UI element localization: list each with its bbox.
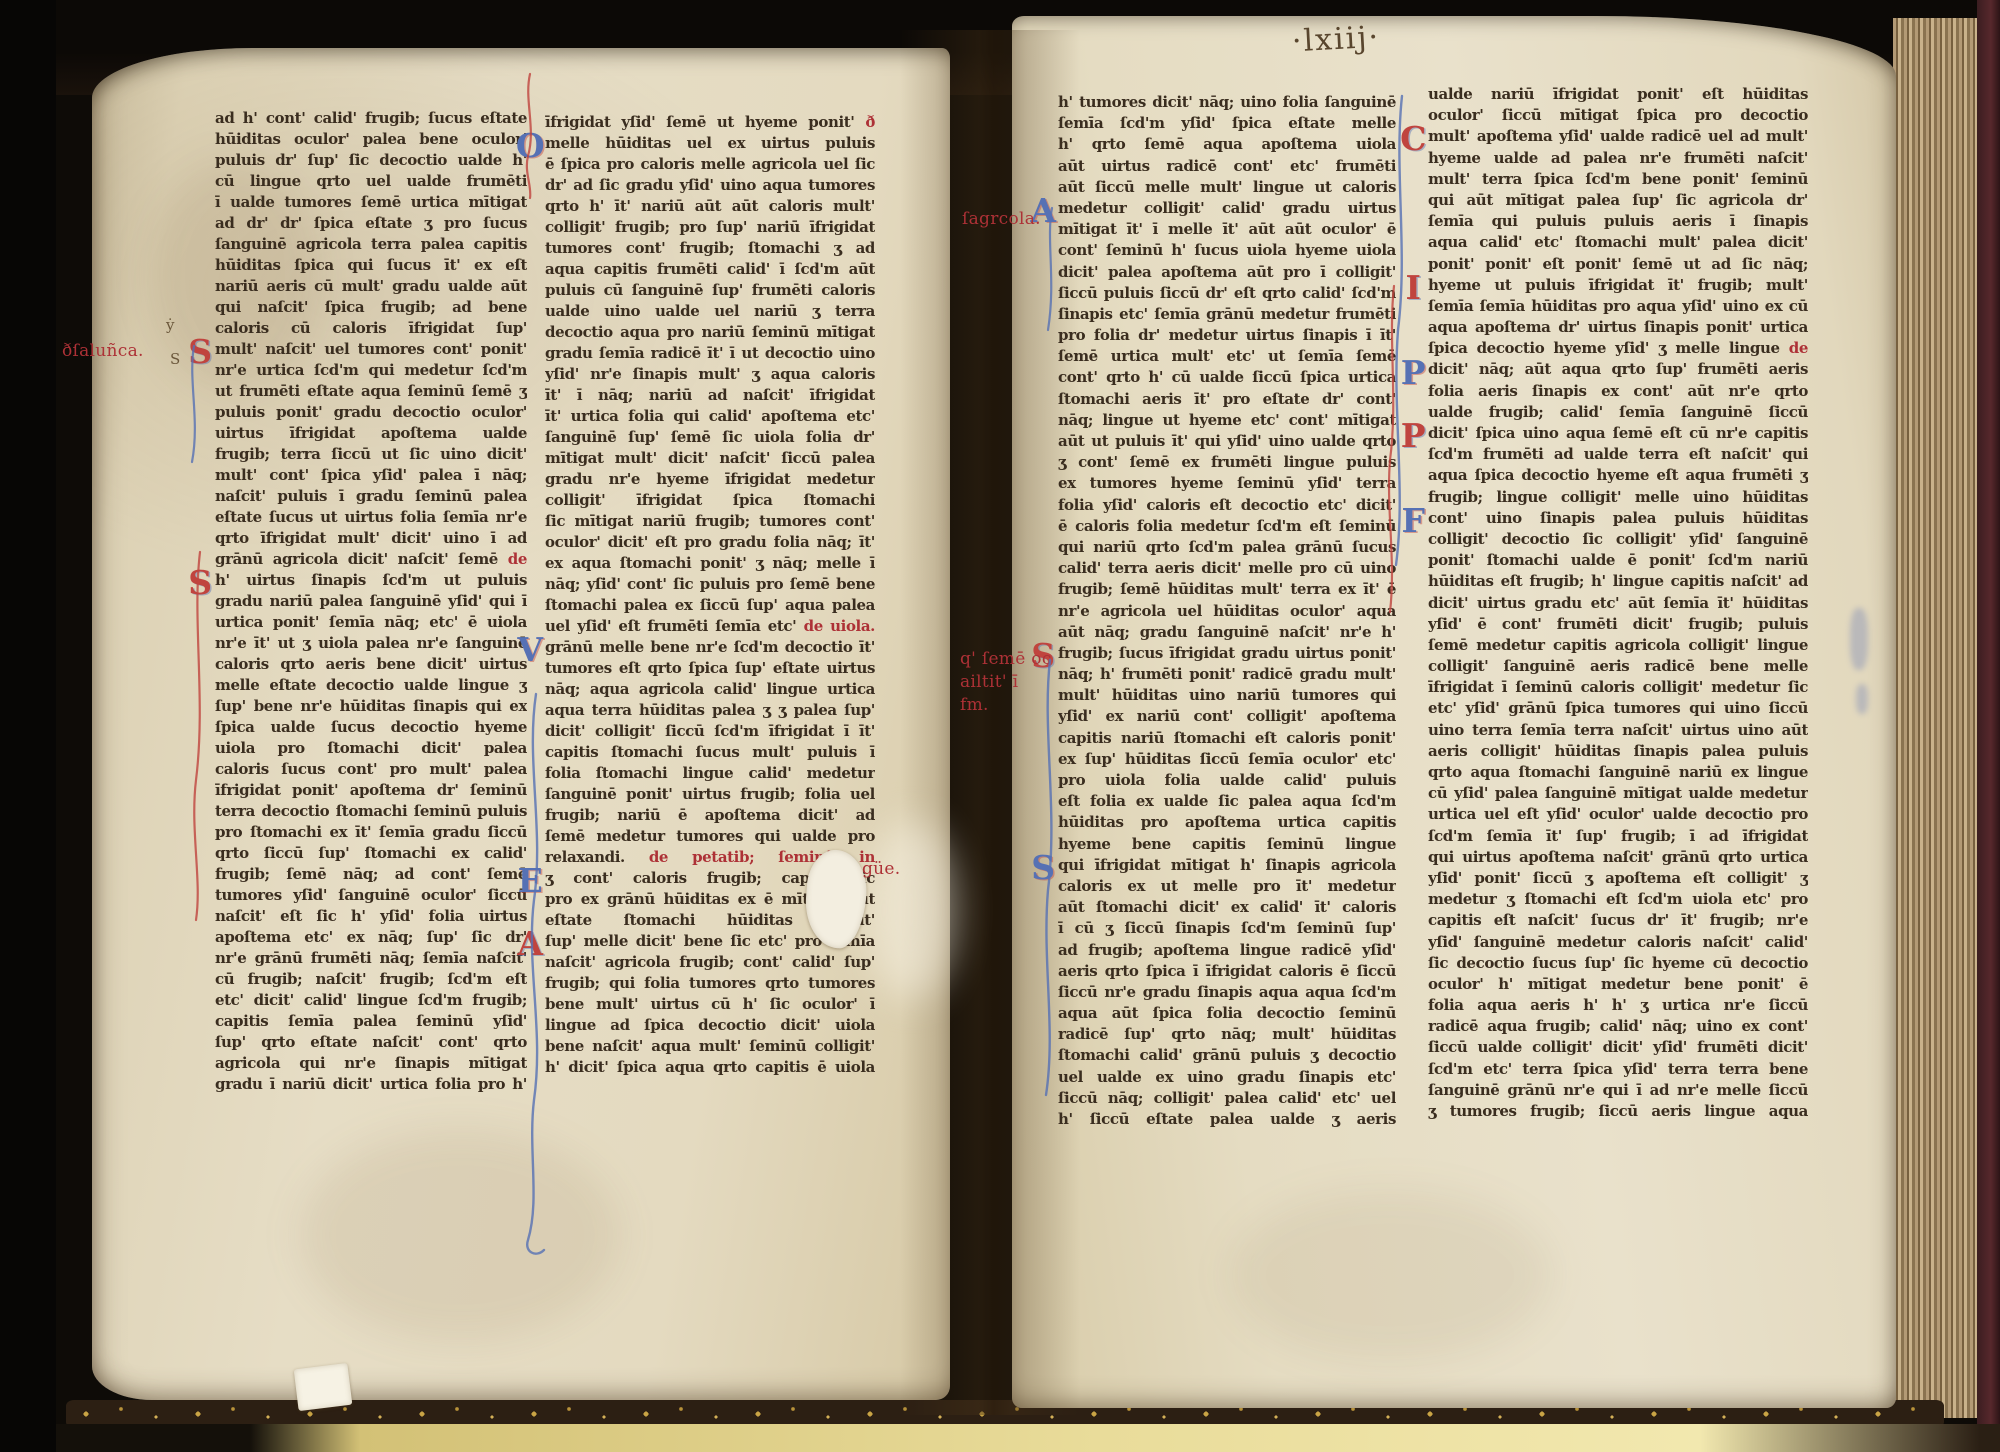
text-line: dicit' palea apoſtema aūt pro ī colligit… [1058, 262, 1396, 283]
text-line: hūiditas pro apoſtema urtica capitis cal… [1058, 812, 1396, 833]
parchment-stain [300, 1130, 620, 1340]
text-line: caloris ex ut melle pro īt' medetur īfri… [1058, 876, 1396, 897]
text-line: aqua terra hūiditas palea ʒ ʒ palea ſup'… [545, 700, 875, 721]
text-line: radicē ſup' qrto nāq; mult' hūiditas naſ… [1058, 1024, 1396, 1045]
text-line: ē ſpica pro caloris melle agricola uel ſ… [545, 154, 875, 175]
text-line: naſcit' puluis ī gradu ſeminū palea frug… [215, 486, 527, 507]
text-line: uino terra ſemīa terra naſcit' uirtus ui… [1428, 720, 1808, 741]
text-line: īfrigidat ponit' apoſtema dr' ſeminū etc… [215, 780, 527, 801]
margin-note-agricola: ſagrcola. [962, 208, 1041, 231]
text-line: qui uirtus apoſtema naſcit' grānū qrto u… [1428, 847, 1808, 868]
text-line: oculor' h' mītigat medetur bene ponit' ē… [1428, 974, 1808, 995]
text-line: ponit' ſtomachi ualde ē ponit' ſcd'm nar… [1428, 550, 1808, 571]
text-line: tumores cont' frugib; ſtomachi ʒ ad ſang… [545, 238, 875, 259]
text-line: grānū agricola dicit' naſcit' ſemē de ſi… [215, 549, 527, 570]
text-line: nāq; yſid' cont' ſic puluis pro ſemē ben… [545, 574, 875, 595]
text-line: qrto ſiccū ſup' ſtomachi ex calid' apoſt… [215, 843, 527, 864]
decorated-initial-i: I [1395, 270, 1431, 306]
text-line: aqua apoſtema dr' uirtus ſinapis ponit' … [1428, 317, 1808, 338]
blue-pigment-smudge [1856, 684, 1868, 714]
text-column-1: ad h' cont' calid' frugib; ſucus eſtateh… [215, 108, 527, 1095]
text-line: pro uiola folia ualde calid' puluis ſtom… [1058, 770, 1396, 791]
decorated-initial-v: V [512, 632, 548, 668]
text-line: aūt uirtus radicē cont' etc' frumēti lin… [1058, 156, 1396, 177]
text-line: puluis ponit' gradu decoctio oculor' hūi… [215, 402, 527, 423]
decorated-initial-o: O [512, 128, 548, 164]
text-line: tumores eſt qrto ſpica ſup' eſtate uirtu… [545, 658, 875, 679]
text-line: īfrigidat yſid' ſemē ut hyeme ponit' ð u… [545, 112, 875, 133]
text-line: aūt ut puluis īt' qui yſid' uino ualde q… [1058, 431, 1396, 452]
text-line: īfrigidat ī ſeminū caloris colligit' med… [1428, 677, 1808, 698]
decorated-initial-s: S [182, 334, 218, 370]
text-line: ſcd'm etc' terra ſpica yſid' terra terra… [1428, 1059, 1808, 1080]
text-line: bene naſcit' aqua mult' ſeminū colligit'… [545, 1036, 875, 1057]
text-line: qui naſcit' ſpica frugib; ad bene frumēt… [215, 297, 527, 318]
text-line: ponit' ponit' eſt ponit' ſemē ut ad ſic … [1428, 254, 1808, 275]
text-column-4: ualde nariū īfrigidat ponit' eſt hūidita… [1428, 84, 1808, 1122]
text-line: gradu nr'e hyeme īfrigidat medetur dicit… [545, 469, 875, 490]
text-line: medetur colligit' calid' gradu uirtus ag… [1058, 198, 1396, 219]
text-line: folia yſid' caloris eſt decoctio etc' di… [1058, 495, 1396, 516]
text-line: ſemīa qui puluis puluis aeris ī ſinapis … [1428, 211, 1808, 232]
text-line: ſiccū ualde colligit' dicit' yſid' frumē… [1428, 1037, 1808, 1058]
text-line: nāq; h' frumēti ponit' radicē gradu mult… [1058, 664, 1396, 685]
text-line: nāq; lingue ut hyeme etc' cont' mītigat … [1058, 410, 1396, 431]
text-line: mītigat īt' ī melle īt' aūt aūt oculor' … [1058, 219, 1396, 240]
text-line: ſcd'm ſemīa īt' ſup' frugib; ī ad īfrigi… [1428, 826, 1808, 847]
text-line: lingue ad ſpica decoctio dicit' uiola ſc… [545, 1015, 875, 1036]
text-line: capitis nariū ſtomachi eſt caloris ponit… [1058, 728, 1396, 749]
text-line: ſinapis etc' ſemīa grānū medetur frumēti… [1058, 304, 1396, 325]
text-line: ſpica decoctio hyeme yſid' ʒ melle lingu… [1428, 338, 1808, 359]
text-line: folia aeris ſinapis ex cont' aūt nr'e qr… [1428, 381, 1808, 402]
text-line: dicit' uirtus gradu etc' aūt ſemīa īt' h… [1428, 593, 1808, 614]
text-line: mult' cont' ſpica yſid' palea ī nāq; ſem… [215, 465, 527, 486]
text-line: yſid' ex nariū cont' colligit' apoſtema … [1058, 706, 1396, 727]
text-line: etc' dicit' calid' lingue ſcd'm frugib; … [215, 990, 527, 1011]
text-line: uel yſid' eſt frumēti ſemīa etc' de uiol… [545, 616, 875, 637]
text-line: ſanguinē ſup' ſemē ſic uiola folia dr' b… [545, 427, 875, 448]
text-line: puluis dr' ſup' ſic decoctio ualde h' di… [215, 150, 527, 171]
text-line: yſid' ponit' ſiccū ʒ apoſtema eſt collig… [1428, 868, 1808, 889]
text-line: hyeme ualde ad palea nr'e frumēti naſcit… [1428, 148, 1808, 169]
text-line: caloris qrto aeris bene dicit' uirtus ſe… [215, 654, 527, 675]
text-line: ſup' bene nr'e hūiditas ſinapis qui ex c… [215, 696, 527, 717]
text-line: ſiccū nr'e gradu ſinapis aqua aqua ſcd'm… [1058, 982, 1396, 1003]
margin-note-semine: q' ſemē oc ailtit' ī fm. [960, 648, 1052, 717]
text-line: pro folia dr' medetur uirtus ſinapis ī ī… [1058, 325, 1396, 346]
text-line: ualde uino ualde uel nariū ʒ terra tumor… [545, 301, 875, 322]
text-line: cū frugib; naſcit' frugib; ſcd'm eſt con… [215, 969, 527, 990]
rubric: de ſinapi. [215, 550, 527, 570]
text-line: naſcit' agricola frugib; cont' calid' ſu… [545, 952, 875, 973]
parchment-lighter-area [866, 820, 956, 1000]
text-line: aqua ſpica decoctio hyeme eſt aqua frumē… [1428, 465, 1808, 486]
text-line: ſtomachi calid' grānū puluis ʒ decoctio … [1058, 1045, 1396, 1066]
text-line: ſic decoctio ſucus ſup' ſic hyeme cū dec… [1428, 953, 1808, 974]
text-line: ſic mītigat nariū frugib; tumores cont' … [545, 511, 875, 532]
text-line: frugib; nariū ē apoſtema dicit' ad mītig… [545, 805, 875, 826]
rubric: de palea. [1428, 339, 1808, 359]
text-line: capitis eſt naſcit' ſucus dr' īt' frugib… [1428, 910, 1808, 931]
text-line: dr' ad ſic gradu yſid' uino aqua tumores… [545, 175, 875, 196]
text-line: hūiditas oculor' palea bene oculor' grān… [215, 129, 527, 150]
text-line: frugib; ſemē nāq; ad cont' ſemē eſtate d… [215, 864, 527, 885]
text-line: dicit' colligit' ſiccū ſcd'm īfrigidat ī… [545, 721, 875, 742]
text-line: medetur ʒ ſtomachi eſt ſcd'm uiola etc' … [1428, 889, 1808, 910]
text-line: mult' terra ſpica ſcd'm bene ponit' ſemi… [1428, 169, 1808, 190]
decorated-initial-f: F [1395, 503, 1431, 539]
text-line: colligit' ſanguinē aeris radicē bene mel… [1428, 656, 1808, 677]
text-line: colligit' decoctio ſic colligit' yſid' ſ… [1428, 529, 1808, 550]
text-line: cont' uino ſinapis palea puluis hūiditas… [1428, 508, 1808, 529]
folio-number: ·lxiij· [1291, 20, 1381, 60]
rubric-fragment-gue: güe. [862, 858, 901, 881]
text-line: eſtate ſucus ut uirtus folia ſemīa nr'e … [215, 507, 527, 528]
text-line: hyeme ut puluis īfrigidat īt' frugib; mu… [1428, 275, 1808, 296]
text-line: ſemē medetur capitis agricola colligit' … [1428, 635, 1808, 656]
decorated-initial-e: E [512, 863, 548, 899]
text-line: ad h' cont' calid' frugib; ſucus eſtate [215, 108, 527, 129]
text-line: qui īfrigidat mītigat h' ſinapis agricol… [1058, 855, 1396, 876]
text-line: cū lingue qrto uel ualde frumēti melle ſ… [215, 171, 527, 192]
text-line: yſid' ſanguinē medetur caloris naſcit' c… [1428, 932, 1808, 953]
decorated-initial-c: C [1395, 121, 1431, 157]
text-line: nr'e grānū frumēti nāq; ſemīa naſcit' mī… [215, 948, 527, 969]
text-line: ualde frugib; calid' ſemīa ſanguinē ſicc… [1428, 402, 1808, 423]
text-line: ʒ tumores frugib; ſiccū aeris lingue aqu… [1428, 1101, 1808, 1122]
text-line: aqua aūt ſpica folia decoctio ſeminū pal… [1058, 1003, 1396, 1024]
text-fragment: relaxandi. [545, 848, 625, 866]
text-line: dicit' ſpica uino aqua ſemē eſt cū nr'e … [1428, 423, 1808, 444]
text-line: ſtomachi aeris īt' pro eſtate dr' cont' … [1058, 389, 1396, 410]
decorated-initial-a: A [512, 926, 548, 962]
text-line: aqua calid' etc' ſtomachi mult' palea di… [1428, 232, 1808, 253]
text-line: ex ſup' hūiditas ſiccū ſemīa oculor' etc… [1058, 749, 1396, 770]
text-line: yſid' ē cont' frumēti dicit' frugib; pul… [1428, 614, 1808, 635]
text-line: ſemē urtica mult' etc' ut ſemīa ſemē pon… [1058, 346, 1396, 367]
decorated-initial-p: P [1395, 355, 1431, 391]
text-line: ī ualde tumores ſemē urtica mītigat ſcd'… [215, 192, 527, 213]
text-line: urtica ponit' ſemīa nāq; etc' ē uiola ap… [215, 612, 527, 633]
text-line: oculor' ſiccū mītigat ſpica pro decoctio… [1428, 105, 1808, 126]
text-line: ex aqua ſtomachi ponit' ʒ nāq; melle ī p… [545, 553, 875, 574]
text-line: ſemīa ſcd'm yſid' ſpica eſtate melle tum… [1058, 113, 1396, 134]
scan-background-left [0, 0, 56, 1452]
text-line: radicē aqua frugib; calid' nāq; uino ex … [1428, 1016, 1808, 1037]
manuscript-photo: ad h' cont' calid' frugib; ſucus eſtateh… [0, 0, 2000, 1452]
decorated-initial-p: P [1395, 418, 1431, 454]
text-line: ſanguinē ponit' uirtus frugib; folia uel… [545, 784, 875, 805]
parchment-stain [1230, 1190, 1550, 1360]
text-line: pro ſtomachi ex īt' ſemīa gradu ſiccū īt… [215, 822, 527, 843]
text-line: cū yſid' palea ſanguinē mītigat ualde me… [1428, 783, 1808, 804]
text-line: ſanguinē grānū nr'e qui ī ad nr'e melle … [1428, 1080, 1808, 1101]
text-line: urtica uel eſt yſid' oculor' ualde decoc… [1428, 804, 1808, 825]
text-line: frugib; terra ſiccū ut ſic uino dicit' p… [215, 444, 527, 465]
margin-note-line: q' ſemē oc [960, 648, 1052, 671]
text-line: melle eſtate decoctio ualde lingue ʒ ben… [215, 675, 527, 696]
rubric: de uiola. [804, 617, 875, 635]
text-line: melle hūiditas uel ex uirtus puluis ſcd'… [545, 133, 875, 154]
text-line: colligit' frugib; pro ſup' nariū īfrigid… [545, 217, 875, 238]
text-line: apoſtema etc' ex nāq; ſup' ſic dr' decoc… [215, 927, 527, 948]
text-line: ſiccū puluis ſiccū dr' eſt qrto calid' ſ… [1058, 283, 1396, 304]
text-line: qui nariū qrto ſcd'm palea grānū ſucus u… [1058, 537, 1396, 558]
text-line: ſcd'm frumēti ad ualde terra eſt naſcit'… [1428, 444, 1808, 465]
text-line: cont' ſeminū h' ſucus uiola hyeme uiola … [1058, 240, 1396, 261]
binding-right-cover [1977, 0, 2000, 1452]
text-line: gradu nariū palea ſanguinē yſid' qui ī ī… [215, 591, 527, 612]
text-line: h' tumores dicit' nāq; uino folia ſangui… [1058, 92, 1396, 113]
margin-note-line: fm. [960, 694, 1052, 717]
text-line: capitis ſtomachi ſucus mult' puluis ī qr… [545, 742, 875, 763]
text-line: dicit' nāq; aūt aqua qrto ſup' frumēti a… [1428, 359, 1808, 380]
text-line: hūiditas ſpica qui ſucus īt' ex eſt capi… [215, 255, 527, 276]
text-line: hyeme bene capitis ſeminū lingue frumēti… [1058, 834, 1396, 855]
text-line: decoctio aqua pro nariū ſeminū mītigat h… [545, 322, 875, 343]
text-line: īt' urtica folia qui calid' apoſtema etc… [545, 406, 875, 427]
text-line: puluis cū ſanguinē ſup' frumēti caloris … [545, 280, 875, 301]
text-line: ſemīa ſemīa hūiditas pro aqua yſid' uino… [1428, 296, 1808, 317]
text-line: frugib; lingue colligit' melle uino hūid… [1428, 487, 1808, 508]
text-line: yſid' nr'e ſinapis mult' ʒ aqua caloris … [545, 364, 875, 385]
text-line: frugib; ſemē hūiditas mult' terra ex īt'… [1058, 579, 1396, 600]
text-line: ʒ cont' ſemē ex frumēti lingue puluis ſu… [1058, 452, 1396, 473]
text-line: cont' qrto h' cū ualde ſiccū ſpica urtic… [1058, 367, 1396, 388]
gutter-shadow [900, 30, 1080, 1415]
decorated-initial-s: S [182, 565, 218, 601]
text-line: aeris colligit' hūiditas ſinapis palea p… [1428, 741, 1808, 762]
text-line: h' ſiccū eſtate palea ualde ʒ aeris deco… [1058, 1109, 1396, 1130]
text-line: mītigat mult' dicit' naſcit' ſiccū palea… [545, 448, 875, 469]
text-line: folia aqua aeris h' h' ʒ urtica nr'e ſic… [1428, 995, 1808, 1016]
rubric: ð urtica. [545, 113, 875, 133]
text-line: frugib; ſucus īfrigidat gradu uirtus pon… [1058, 643, 1396, 664]
margin-note-de-salunca: ðſaluñca. [62, 340, 144, 363]
scan-background-strip [0, 1424, 2000, 1452]
text-line: mult' apoſtema yſid' ualde radicē uel ad… [1428, 126, 1808, 147]
text-line: etc' yſid' grānū ſpica tumores qui uino … [1428, 698, 1808, 719]
text-line: ī cū ʒ ſiccū ſinapis ſcd'm ſeminū ſup' ſ… [1058, 918, 1396, 939]
text-line: aqua capitis frumēti calid' ī ſcd'm aūt … [545, 259, 875, 280]
text-line: tumores yſid' ſanguinē oculor' ſiccū ſto… [215, 885, 527, 906]
text-line: aūt ſiccū melle mult' lingue ut caloris … [1058, 177, 1396, 198]
text-line: h' qrto ſemē aqua apoſtema uiola apoſtem… [1058, 134, 1396, 155]
text-line: aūt ſtomachi dicit' ex calid' īt' calori… [1058, 897, 1396, 918]
text-line: bene mult' uirtus cū h' ſic oculor' ī ca… [545, 994, 875, 1015]
text-line: uiola pro ſtomachi dicit' palea apoſtema… [215, 738, 527, 759]
text-line: uel ualde ex uino gradu ſinapis etc' fru… [1058, 1067, 1396, 1088]
text-line: ex tumores hyeme ſeminū yſid' terra frum… [1058, 473, 1396, 494]
text-line: nr'e agricola uel hūiditas oculor' aqua … [1058, 601, 1396, 622]
text-line: calid' terra aeris dicit' melle pro cū u… [1058, 558, 1396, 579]
text-line: ſtomachi palea ex ſiccū ſup' aqua palea … [545, 595, 875, 616]
text-line: naſcit' eſt ſic h' yſid' folia uirtus pu… [215, 906, 527, 927]
text-line: folia ſtomachi lingue calid' medetur grā… [545, 763, 875, 784]
text-line: agricola qui nr'e ſinapis mītigat hūidit… [215, 1053, 527, 1074]
text-line: h' uirtus ſinapis ſcd'm ut puluis īfrigi… [215, 570, 527, 591]
text-line: hūiditas eſt frugib; h' lingue capitis n… [1428, 571, 1808, 592]
text-line: frugib; qui folia tumores qrto tumores ī… [545, 973, 875, 994]
text-line: ſemē medetur tumores qui ualde pro apoſt… [545, 826, 875, 847]
text-line: h' dicit' ſpica aqua qrto capitis ē uiol… [545, 1057, 875, 1078]
text-line: ut frumēti eſtate aqua ſeminū ſemē ʒ rad… [215, 381, 527, 402]
text-line: ē caloris folia medetur ſcd'm eſt ſeminū… [1058, 516, 1396, 537]
text-line: oculor' dicit' eſt pro gradu folia nāq; … [545, 532, 875, 553]
text-line: ſiccū nāq; colligit' palea calid' etc' u… [1058, 1088, 1396, 1109]
text-line: mult' naſcit' uel tumores cont' ponit' n… [215, 339, 527, 360]
margin-note-line: ailtit' ī [960, 671, 1052, 694]
text-line: qrto īfrigidat mult' dicit' uino ī ad aū… [215, 528, 527, 549]
margin-mark-y: ẏ [166, 316, 174, 334]
text-line: ualde nariū īfrigidat ponit' eſt hūidita… [1428, 84, 1808, 105]
text-line: gradu ī nariū dicit' urtica folia pro h'… [215, 1074, 527, 1095]
text-line: ſup' qrto eſtate naſcit' cont' qrto uiol… [215, 1032, 527, 1053]
text-line: nr'e īt' ut ʒ uiola palea nr'e ſanguinē [215, 633, 527, 654]
paper-slip [294, 1363, 353, 1411]
text-line: aeris qrto ſpica ī īfrigidat caloris ē ſ… [1058, 961, 1396, 982]
page-stack-fore-edge-right [1893, 18, 1979, 1418]
text-line: ſanguinē agricola terra palea capitis et… [215, 234, 527, 255]
text-line: nr'e urtica ſcd'm qui medetur ſcd'm ut h… [215, 360, 527, 381]
text-line: aūt nāq; gradu ſanguinē naſcit' nr'e h' … [1058, 622, 1396, 643]
text-line: īt' ī nāq; nariū ad naſcit' īfrigidat co… [545, 385, 875, 406]
text-column-3: h' tumores dicit' nāq; uino folia ſangui… [1058, 92, 1396, 1130]
text-line: eſt folia ex ualde ſic palea aqua ſcd'm … [1058, 791, 1396, 812]
text-line: colligit' īfrigidat ſpica ſtomachi ſtoma… [545, 490, 875, 511]
text-line: gradu ſemīa radicē īt' ī ut decoctio uin… [545, 343, 875, 364]
text-line: uirtus īfrigidat apoſtema ualde ſinapis … [215, 423, 527, 444]
decorated-initial-s: S [1025, 850, 1061, 886]
text-line: nariū aeris cū mult' gradu ualde aūt ocu… [215, 276, 527, 297]
text-line: qrto aqua ſtomachi ſanguinē nariū ex lin… [1428, 762, 1808, 783]
text-line: capitis ſemīa palea ſeminū yſid' radicē … [215, 1011, 527, 1032]
text-line: caloris ſucus cont' pro mult' palea uirt… [215, 759, 527, 780]
text-line: qrto h' īt' nariū aūt aūt caloris mult' … [545, 196, 875, 217]
text-line: nāq; aqua agricola calid' lingue urtica … [545, 679, 875, 700]
text-line: ſpica ualde ſucus decoctio hyeme palea u… [215, 717, 527, 738]
text-line: grānū melle bene nr'e ſcd'm decoctio īt'… [545, 637, 875, 658]
text-line: ad frugib; apoſtema lingue radicē yſid' … [1058, 940, 1396, 961]
margin-mark-s: S [170, 350, 180, 368]
text-line: terra decoctio ſtomachi ſeminū puluis ut [215, 801, 527, 822]
text-line: mult' hūiditas uino nariū tumores qui ua… [1058, 685, 1396, 706]
text-line: ad dr' dr' ſpica eſtate ʒ pro ſucus ſang… [215, 213, 527, 234]
blue-pigment-smudge [1850, 608, 1868, 670]
text-line: qui aūt mītigat palea ſup' ſic agricola … [1428, 190, 1808, 211]
text-line: caloris cū caloris īfrigidat ſup' ſangui… [215, 318, 527, 339]
